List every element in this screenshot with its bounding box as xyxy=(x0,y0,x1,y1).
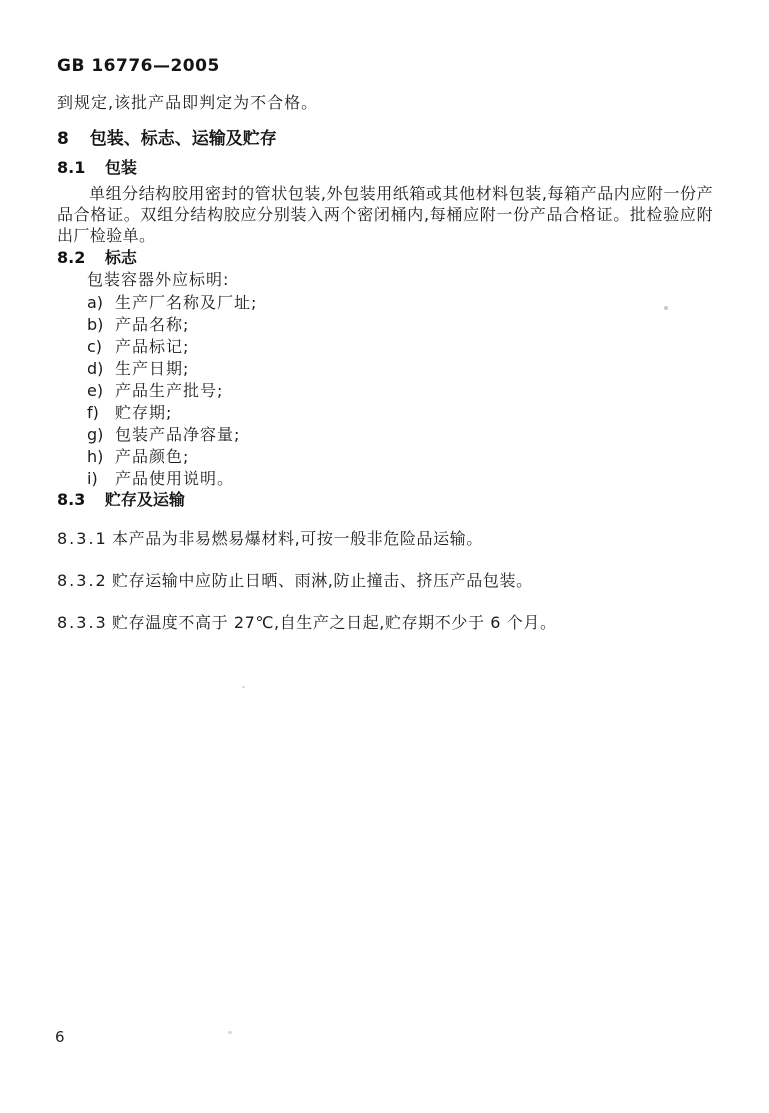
list-item-letter: b) xyxy=(87,314,115,336)
list-item-text: 生产厂名称及厂址; xyxy=(115,293,257,312)
list-item: f)贮存期; xyxy=(57,402,713,424)
scan-artifact xyxy=(228,1031,232,1034)
list-item-letter: c) xyxy=(87,336,115,358)
section-8-1-heading: 8.1 包装 xyxy=(57,158,713,178)
section-8-2-heading: 8.2 标志 xyxy=(57,248,713,268)
page-content: GB 16776—2005 到规定,该批产品即判定为不合格。 8 包装、标志、运… xyxy=(57,56,713,652)
list-item-text: 生产日期; xyxy=(115,359,189,378)
clause-number: 8.3.2 xyxy=(57,568,97,594)
clause-row: 8.3.1本产品为非易燃易爆材料,可按一般非危险品运输。 xyxy=(57,526,713,552)
list-item: d)生产日期; xyxy=(57,358,713,380)
storage-transport-clauses: 8.3.1本产品为非易燃易爆材料,可按一般非危险品运输。 8.3.2贮存运输中应… xyxy=(57,526,713,636)
list-item-letter: e) xyxy=(87,380,115,402)
clause-row: 8.3.3贮存温度不高于 27℃,自生产之日起,贮存期不少于 6 个月。 xyxy=(57,610,713,636)
section-8-number: 8 xyxy=(57,129,69,149)
list-item-letter: i) xyxy=(87,468,115,490)
list-item-text: 产品颜色; xyxy=(115,447,189,466)
list-item: e)产品生产批号; xyxy=(57,380,713,402)
list-item-text: 产品生产批号; xyxy=(115,381,223,400)
list-item: a)生产厂名称及厂址; xyxy=(57,292,713,314)
list-item-letter: g) xyxy=(87,424,115,446)
list-item-letter: a) xyxy=(87,292,115,314)
section-8-3-heading: 8.3 贮存及运输 xyxy=(57,490,713,510)
list-item: b)产品名称; xyxy=(57,314,713,336)
scan-artifact xyxy=(664,306,668,310)
document-page: GB 16776—2005 到规定,该批产品即判定为不合格。 8 包装、标志、运… xyxy=(0,0,769,1113)
clause-text: 本产品为非易燃易爆材料,可按一般非危险品运输。 xyxy=(112,529,483,548)
list-item: c)产品标记; xyxy=(57,336,713,358)
list-item-text: 包装产品净容量; xyxy=(115,425,240,444)
clause-text: 贮存运输中应防止日晒、雨淋,防止撞击、挤压产品包装。 xyxy=(112,571,533,590)
standard-number-header: GB 16776—2005 xyxy=(57,56,713,76)
list-item-letter: h) xyxy=(87,446,115,468)
clause-number: 8.3.1 xyxy=(57,526,97,552)
list-item-letter: d) xyxy=(87,358,115,380)
scan-artifact xyxy=(242,686,245,688)
list-item-text: 产品使用说明。 xyxy=(115,469,234,488)
list-item: i)产品使用说明。 xyxy=(57,468,713,490)
marking-items-list: a)生产厂名称及厂址; b)产品名称; c)产品标记; d)生产日期; e)产品… xyxy=(57,292,713,490)
list-item: g)包装产品净容量; xyxy=(57,424,713,446)
section-8-1-number: 8.1 xyxy=(57,158,85,177)
section-8-1-paragraph: 单组分结构胶用密封的管状包装,外包装用纸箱或其他材料包装,每箱产品内应附一份产品… xyxy=(57,183,713,246)
list-item-letter: f) xyxy=(87,402,115,424)
carryover-paragraph: 到规定,该批产品即判定为不合格。 xyxy=(57,93,713,113)
list-item-text: 产品标记; xyxy=(115,337,189,356)
section-8-title: 包装、标志、运输及贮存 xyxy=(90,129,277,149)
marking-lead-line: 包装容器外应标明: xyxy=(57,270,713,290)
section-8-heading: 8 包装、标志、运输及贮存 xyxy=(57,128,713,150)
section-8-1-title: 包装 xyxy=(105,158,137,177)
page-number: 6 xyxy=(55,1028,65,1046)
list-item-text: 产品名称; xyxy=(115,315,189,334)
clause-text: 贮存温度不高于 27℃,自生产之日起,贮存期不少于 6 个月。 xyxy=(112,613,557,632)
section-8-2-title: 标志 xyxy=(105,248,137,267)
section-8-2-number: 8.2 xyxy=(57,248,85,267)
list-item: h)产品颜色; xyxy=(57,446,713,468)
clause-row: 8.3.2贮存运输中应防止日晒、雨淋,防止撞击、挤压产品包装。 xyxy=(57,568,713,594)
clause-number: 8.3.3 xyxy=(57,610,97,636)
section-8-3-title: 贮存及运输 xyxy=(105,490,185,509)
list-item-text: 贮存期; xyxy=(115,403,172,422)
section-8-3-number: 8.3 xyxy=(57,490,85,509)
